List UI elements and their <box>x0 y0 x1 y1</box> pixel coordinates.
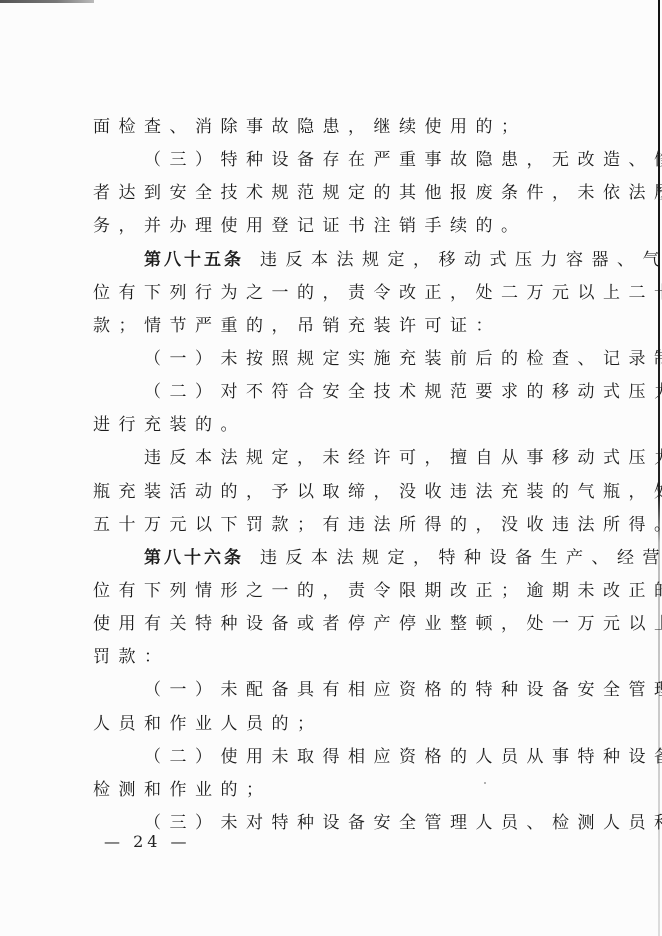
scan-edge-shadow-top <box>0 0 94 3</box>
article-85-number: 第八十五条 <box>144 250 244 270</box>
page-number: — 24 — <box>104 832 191 851</box>
scan-speck <box>484 782 486 784</box>
article-86-item-2-cont: 检测和作业的； <box>93 774 583 807</box>
document-body: 面检查、消除事故隐患，继续使用的； （三）特种设备存在严重事故隐患，无改造、修理… <box>93 111 583 840</box>
article-86-number: 第八十六条 <box>144 548 244 568</box>
text-line: 面检查、消除事故隐患，继续使用的； <box>93 111 583 144</box>
article-85-line: 款；情节严重的，吊销充装许可证： <box>93 310 583 343</box>
article-85-line: 位有下列行为之一的，责令改正，处二万元以上二十万元以下罚 <box>93 277 583 310</box>
article-86-line: 罚款： <box>93 641 583 674</box>
list-item-3-line-1: （三）特种设备存在严重事故隐患，无改造、修理价值，或 <box>93 144 583 177</box>
article-85-item-1: （一）未按照规定实施充装前后的检查、记录制度的； <box>93 343 583 376</box>
list-item-3-line-3: 务，并办理使用登记证书注销手续的。 <box>93 210 583 243</box>
scan-edge-shadow-right <box>658 0 660 936</box>
article-86-line: 位有下列情形之一的，责令限期改正；逾期未改正的，责令停止 <box>93 575 583 608</box>
article-85-item-2: （二）对不符合安全技术规范要求的移动式压力容器和气瓶 <box>93 376 583 409</box>
article-85-first-line: 违反本法规定，移动式压力容器、气瓶充装单 <box>260 250 662 270</box>
article-85-paragraph-2-cont: 五十万元以下罚款；有违法所得的，没收违法所得。 <box>93 509 583 542</box>
article-85-heading-line: 第八十五条违反本法规定，移动式压力容器、气瓶充装单 <box>93 244 583 277</box>
article-86-item-2: （二）使用未取得相应资格的人员从事特种设备安全管理、 <box>93 741 583 774</box>
article-86-heading-line: 第八十六条违反本法规定，特种设备生产、经营、使用单 <box>93 542 583 575</box>
article-86-item-1-cont: 人员和作业人员的； <box>93 708 583 741</box>
article-86-first-line: 违反本法规定，特种设备生产、经营、使用单 <box>260 548 662 568</box>
article-85-paragraph-2-cont: 瓶充装活动的，予以取缔，没收违法充装的气瓶，处十万元以上 <box>93 476 583 509</box>
list-item-3-line-2: 者达到安全技术规范规定的其他报废条件，未依法履行报废义 <box>93 177 583 210</box>
article-86-item-1: （一）未配备具有相应资格的特种设备安全管理人员、检测 <box>93 674 583 707</box>
article-85-paragraph-2: 违反本法规定，未经许可，擅自从事移动式压力容器或者气 <box>93 442 583 475</box>
article-86-line: 使用有关特种设备或者停产停业整顿，处一万元以上五万元以下 <box>93 608 583 641</box>
article-85-item-2-cont: 进行充装的。 <box>93 409 583 442</box>
